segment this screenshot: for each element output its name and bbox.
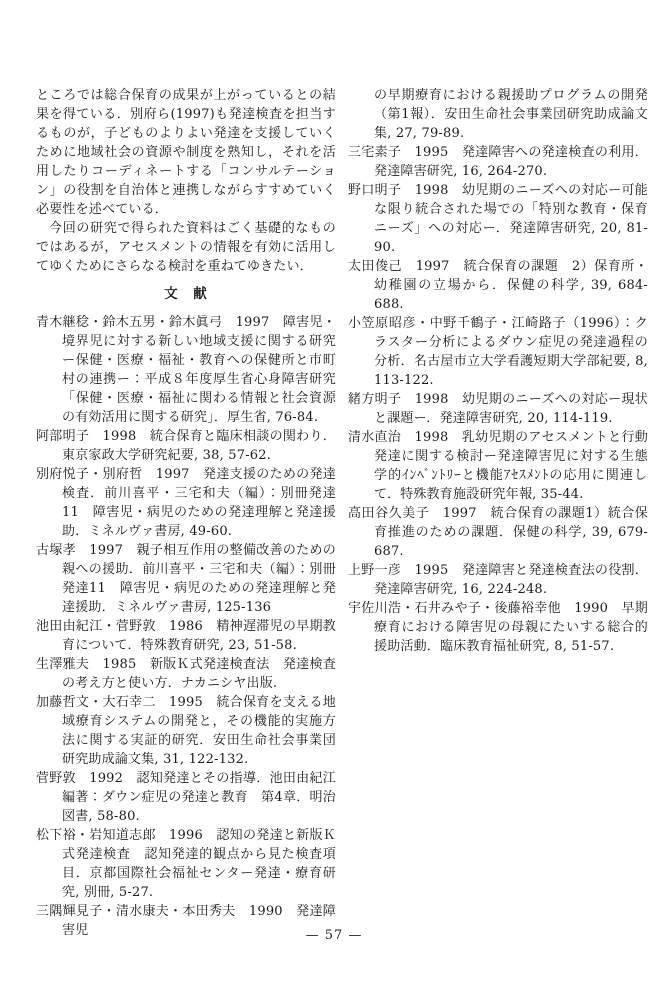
body-paragraph: ところでは総合保育の成果が上がっているとの結果を得ている．別府ら(1997)も発…: [36, 86, 336, 219]
reference-entry: 小笠原昭彦・中野千鶴子・江崎路子（1996）：クラスター分析によるダウン症児の発…: [348, 314, 648, 390]
reference-entry: 緒方明子 1998 幼児期のニーズへの対応ー現状と課題ー．発達障害研究, 20,…: [348, 390, 648, 428]
reference-entry: 松下裕・岩知道志郎 1996 認知の発達と新版Ｋ式発達検査 認知発達的観点から見…: [36, 826, 336, 902]
reference-entry: 生澤雅夫 1985 新版Ｋ式発達検査法 発達検査の考え方と使い方．ナカニシヤ出版…: [36, 655, 336, 693]
reference-entry: 別府悦子・別府哲 1997 発達支援のための発達検査．前川喜平・三宅和夫（編）：…: [36, 465, 336, 541]
references-heading: 文 献: [36, 285, 336, 304]
body-paragraph: 今回の研究で得られた資料はごく基礎的なものではあるが，アセスメントの情報を有効に…: [36, 219, 336, 276]
reference-entry: 菅野敦 1992 認知発達とその指導．池田由紀江編著：ダウン症児の発達と教育 第…: [36, 769, 336, 826]
reference-entry: 三宅素子 1995 発達障害への発達検査の利用．発達障害研究, 16, 264-…: [348, 143, 648, 181]
right-column: の早期療育における親援助プログラムの開発（第1報）．安田生命社会事業団研究助成論…: [348, 86, 648, 940]
reference-entry-continuation: の早期療育における親援助プログラムの開発（第1報）．安田生命社会事業団研究助成論…: [348, 86, 648, 143]
reference-entry: 阿部明子 1998 統合保育と臨床相談の関わり．東京家政大学研究紀要, 38, …: [36, 427, 336, 465]
reference-entry: 高田谷久美子 1997 統合保育の課題1）統合保育推進のための課題．保健の科学,…: [348, 504, 648, 561]
reference-entry: 古塚孝 1997 親子相互作用の整備改善のための親への援助．前川喜平・三宅和夫（…: [36, 541, 336, 617]
page-number: — 57 —: [0, 928, 668, 943]
reference-entry: 上野一彦 1995 発達障害と発達検査法の役割．発達障害研究, 16, 224-…: [348, 561, 648, 599]
reference-entry: 青木継稔・鈴木五男・鈴木眞弓 1997 障害児・境界児に対する新しい地域支援に関…: [36, 313, 336, 427]
reference-entry: 宇佐川浩・石井みや子・後藤裕幸他 1990 早期療育における障害児の母親にたいす…: [348, 599, 648, 656]
left-column: ところでは総合保育の成果が上がっているとの結果を得ている．別府ら(1997)も発…: [36, 86, 336, 940]
reference-entry: 野口明子 1998 幼児期のニーズへの対応ー可能な限り統合された場での「特別な教…: [348, 181, 648, 257]
reference-entry: 池田由紀江・菅野敦 1986 精神遅滞児の早期教育について．特殊教育研究, 23…: [36, 617, 336, 655]
reference-entry: 清水直治 1998 乳幼児期のアセスメントと行動発達に関する検討ー発達障害児に対…: [348, 428, 648, 504]
page-content: ところでは総合保育の成果が上がっているとの結果を得ている．別府ら(1997)も発…: [36, 86, 648, 940]
reference-entry: 太田俊己 1997 統合保育の課題 2）保育所・幼稚園の立場から．保健の科学, …: [348, 257, 648, 314]
reference-entry: 加藤哲文・大石幸二 1995 統合保育を支える地域療育システムの開発と，その機能…: [36, 693, 336, 769]
paper-page: ところでは総合保育の成果が上がっているとの結果を得ている．別府ら(1997)も発…: [0, 0, 668, 1008]
